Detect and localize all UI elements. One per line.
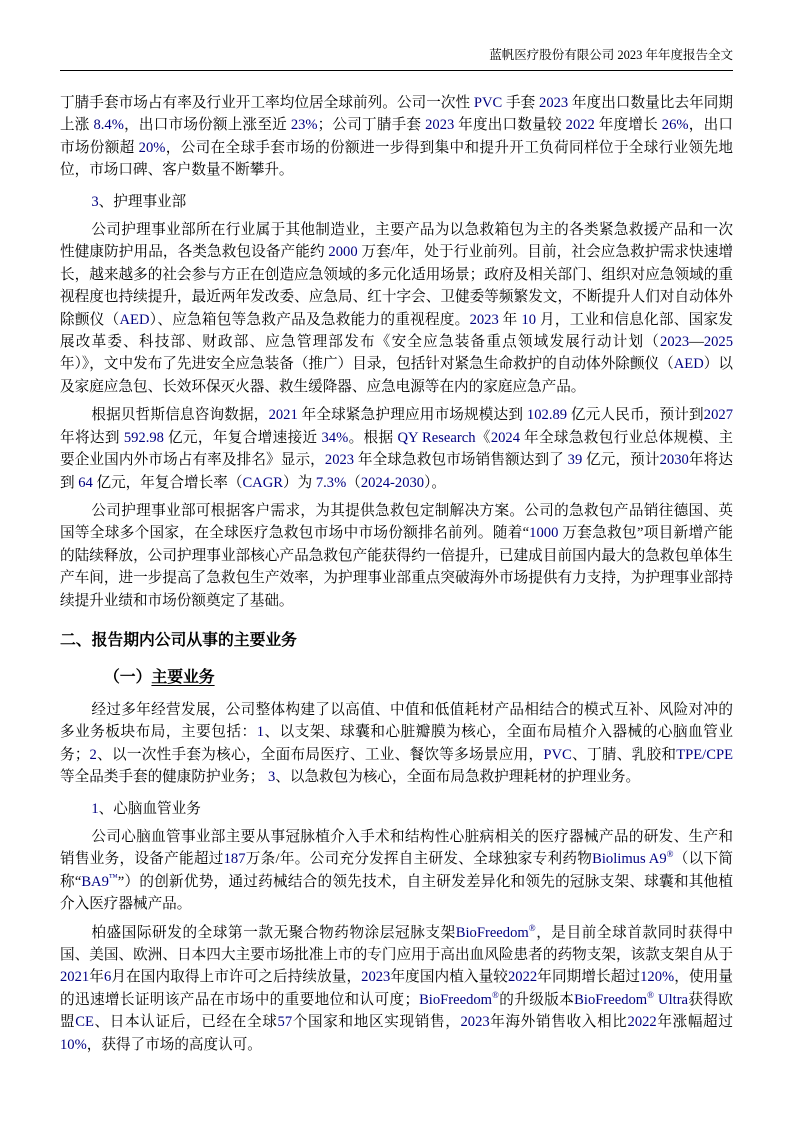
cn-text: 年度国内植入量较 [390, 969, 508, 985]
latin-text: 187 [224, 851, 246, 867]
cn-text: 等全品类手套的健康防护业务； [60, 769, 268, 785]
latin-text: BioFreedom [456, 925, 529, 941]
latin-text: BA9 [81, 874, 109, 890]
latin-text: 2027 [704, 407, 733, 423]
cn-text: 、日本认证后，已经在全球 [94, 1014, 278, 1030]
cn-text: 年将达到 [60, 430, 124, 446]
latin-text: 2024 [491, 430, 520, 446]
para-biofreedom: 柏盛国际研发的全球第一款无聚合物药物涂层冠脉支架BioFreedom®，是目前全… [60, 922, 733, 1056]
latin-text: 2022 [508, 969, 537, 985]
latin-text: ® [647, 990, 654, 1000]
latin-text: 2 [89, 747, 96, 763]
cn-text: 年 [89, 969, 104, 985]
cn-text: 个国家和地区实现销售， [292, 1014, 460, 1030]
cn-text: 。根据 [348, 430, 397, 446]
cn-text: 年度增长 [595, 117, 662, 133]
para-glove-market: 丁腈手套市场占有率及行业开工率均位居全球前列。公司一次性 PVC 手套 2023… [60, 92, 733, 182]
latin-text: AED [674, 356, 704, 372]
latin-text: 10% [60, 1037, 87, 1053]
cn-text: 万条/年。公司充分发挥自主研发、全球独家专利药物 [245, 851, 592, 867]
cn-text: 丁腈手套市场占有率及行业开工率均位居全球前列。公司一次性 [60, 95, 474, 111]
latin-text: 39 [568, 452, 583, 468]
latin-text: QY Research [397, 430, 475, 446]
latin-text: 2023 [460, 1014, 489, 1030]
latin-text: 1 [91, 801, 98, 817]
cn-text: 、心脑血管业务 [99, 801, 201, 817]
cn-text: 年 [499, 312, 522, 328]
latin-text: 20% [139, 140, 166, 156]
cn-text: （ [346, 475, 361, 491]
latin-text: ® [529, 923, 536, 933]
latin-text: 1000 [529, 525, 558, 541]
latin-text: 64 [78, 475, 93, 491]
latin-text: 2000 [328, 244, 357, 260]
cn-text: 年度出口数量较 [454, 117, 565, 133]
latin-text: 2023 [361, 969, 390, 985]
cn-text: 的升级版本 [499, 992, 574, 1008]
para-cardio-division: 公司心脑血管事业部主要从事冠脉植介入手术和结构性心脏病相关的医疗器械产品的研发、… [60, 826, 733, 916]
latin-text: CAGR [242, 475, 283, 491]
latin-text: 8.4% [93, 117, 123, 133]
latin-text: AED [119, 312, 149, 328]
cn-text: 、护理事业部 [99, 194, 187, 210]
report-header: 蓝帆医疗股份有限公司 2023 年年度报告全文 [60, 46, 733, 71]
heading-nursing-division: 3、护理事业部 [60, 191, 733, 213]
cn-text: 亿元，预计 [582, 452, 659, 468]
cn-text: ，获得了市场的高度认可。 [87, 1037, 262, 1053]
cn-text: — [689, 334, 704, 350]
cn-text: 《 [476, 430, 491, 446]
cn-text: ）、应急箱包等急救产品及急救能力的重视程度。 [149, 312, 469, 328]
latin-text: 2023 [539, 95, 568, 111]
cn-text: 亿元人民币，预计到 [567, 407, 704, 423]
cn-text: ”）的创新优势，通过药械结合的领先技术，自主研发差异化和领先的冠脉支架、球囊和其… [60, 874, 733, 912]
latin-text: ® [667, 850, 674, 860]
latin-text: PVC [474, 95, 502, 111]
report-page: 蓝帆医疗股份有限公司 2023 年年度报告全文 丁腈手套市场占有率及行业开工率均… [0, 0, 793, 1122]
latin-text: 2022 [566, 117, 595, 133]
cn-text: （一） [104, 669, 151, 686]
cn-text: 年同期增长超过 [537, 969, 640, 985]
latin-text: 10 [521, 312, 536, 328]
cn-text: 、丁腈、乳胶和 [572, 747, 676, 763]
para-market-size: 根据贝哲斯信息咨询数据，2021 年全球紧急护理应用市场规模达到 102.89 … [60, 404, 733, 494]
latin-text: 26% [662, 117, 689, 133]
cn-text: 柏盛国际研发的全球第一款无聚合物药物涂层冠脉支架 [91, 925, 455, 941]
cn-text: 手套 [502, 95, 539, 111]
latin-text: 7.3% [316, 475, 346, 491]
cn-text: 年涨幅超过 [657, 1014, 733, 1030]
para-custom-solutions: 公司护理事业部可根据客户需求，为其提供急救包定制解决方案。公司的急救包产品销往德… [60, 500, 733, 612]
latin-text: 2023 [660, 334, 689, 350]
latin-text: 1 [257, 724, 264, 740]
latin-text: Ultra [654, 992, 688, 1008]
cn-text: 年全球急救包市场销售额达到了 [354, 452, 568, 468]
para-business-layout: 经过多年经营发展，公司整体构建了以高值、中值和低值耗材产品相结合的模式互补、风险… [60, 699, 733, 789]
cn-text: 二、报告期内公司从事的主要业务 [60, 632, 297, 649]
latin-text: BioFreedom [419, 992, 492, 1008]
cn-text: ，出口市场份额上涨至近 [124, 117, 291, 133]
latin-text: 2022 [628, 1014, 657, 1030]
latin-text: CE [75, 1014, 94, 1030]
latin-text: 3 [91, 194, 98, 210]
latin-text: 592.98 [124, 430, 164, 446]
cn-text: ）。 [424, 475, 446, 491]
latin-text: ® [492, 990, 499, 1000]
latin-text: TPE/CPE [676, 747, 733, 763]
cn-text: 年海外销售收入相比 [490, 1014, 628, 1030]
latin-text: BioFreedom [574, 992, 647, 1008]
latin-text: 2025 [704, 334, 733, 350]
latin-text: 23% [291, 117, 318, 133]
cn-text: 月在国内取得上市许可之后持续放量， [111, 969, 361, 985]
cn-text: 年全球紧急护理应用市场规模达到 [298, 407, 527, 423]
heading-cardio-business: 1、心脑血管业务 [60, 798, 733, 820]
latin-text: Biolimus A9 [592, 851, 666, 867]
heading-primary-business: （一）主要业务 [60, 666, 733, 690]
latin-text: PVC [543, 747, 571, 763]
cn-text: 亿元，年复合增长率（ [93, 475, 243, 491]
header-title: 蓝帆医疗股份有限公司 2023 年年度报告全文 [489, 48, 733, 62]
cn-text: ）为 [283, 475, 316, 491]
latin-text: 102.89 [527, 407, 567, 423]
latin-text: 34% [321, 430, 348, 446]
latin-text: 2023 [325, 452, 354, 468]
heading-main-business-section: 二、报告期内公司从事的主要业务 [60, 629, 733, 653]
cn-text: 主要业务 [151, 669, 214, 686]
latin-text: 2023 [470, 312, 499, 328]
latin-text: 2021 [269, 407, 298, 423]
cn-text: 亿元，年复合增速接近 [164, 430, 322, 446]
latin-text: 57 [278, 1014, 293, 1030]
latin-text: 2024-2030 [361, 475, 424, 491]
latin-text: 2030 [660, 452, 689, 468]
latin-text: 120% [640, 969, 674, 985]
latin-text: 2023 [425, 117, 454, 133]
latin-text: 2021 [60, 969, 89, 985]
document-body: 丁腈手套市场占有率及行业开工率均位居全球前列。公司一次性 PVC 手套 2023… [60, 71, 733, 1056]
para-nursing-industry: 公司护理事业部所在行业属于其他制造业，主要产品为以急救箱包为主的各类紧急救援产品… [60, 219, 733, 398]
cn-text: 年）》，文中发布了先进安全应急装备（推广）目录，包括针对紧急生命救护的自动体外除… [60, 356, 674, 372]
cn-text: 、以一次性手套为核心，全面布局医疗、工业、餐饮等多场景应用， [97, 747, 544, 763]
latin-text: ™ [109, 872, 118, 882]
cn-text: 、以急救包为核心，全面布局急救护理耗材的护理业务。 [275, 769, 640, 785]
cn-text: 根据贝哲斯信息咨询数据， [91, 407, 268, 423]
cn-text: ；公司丁腈手套 [318, 117, 426, 133]
